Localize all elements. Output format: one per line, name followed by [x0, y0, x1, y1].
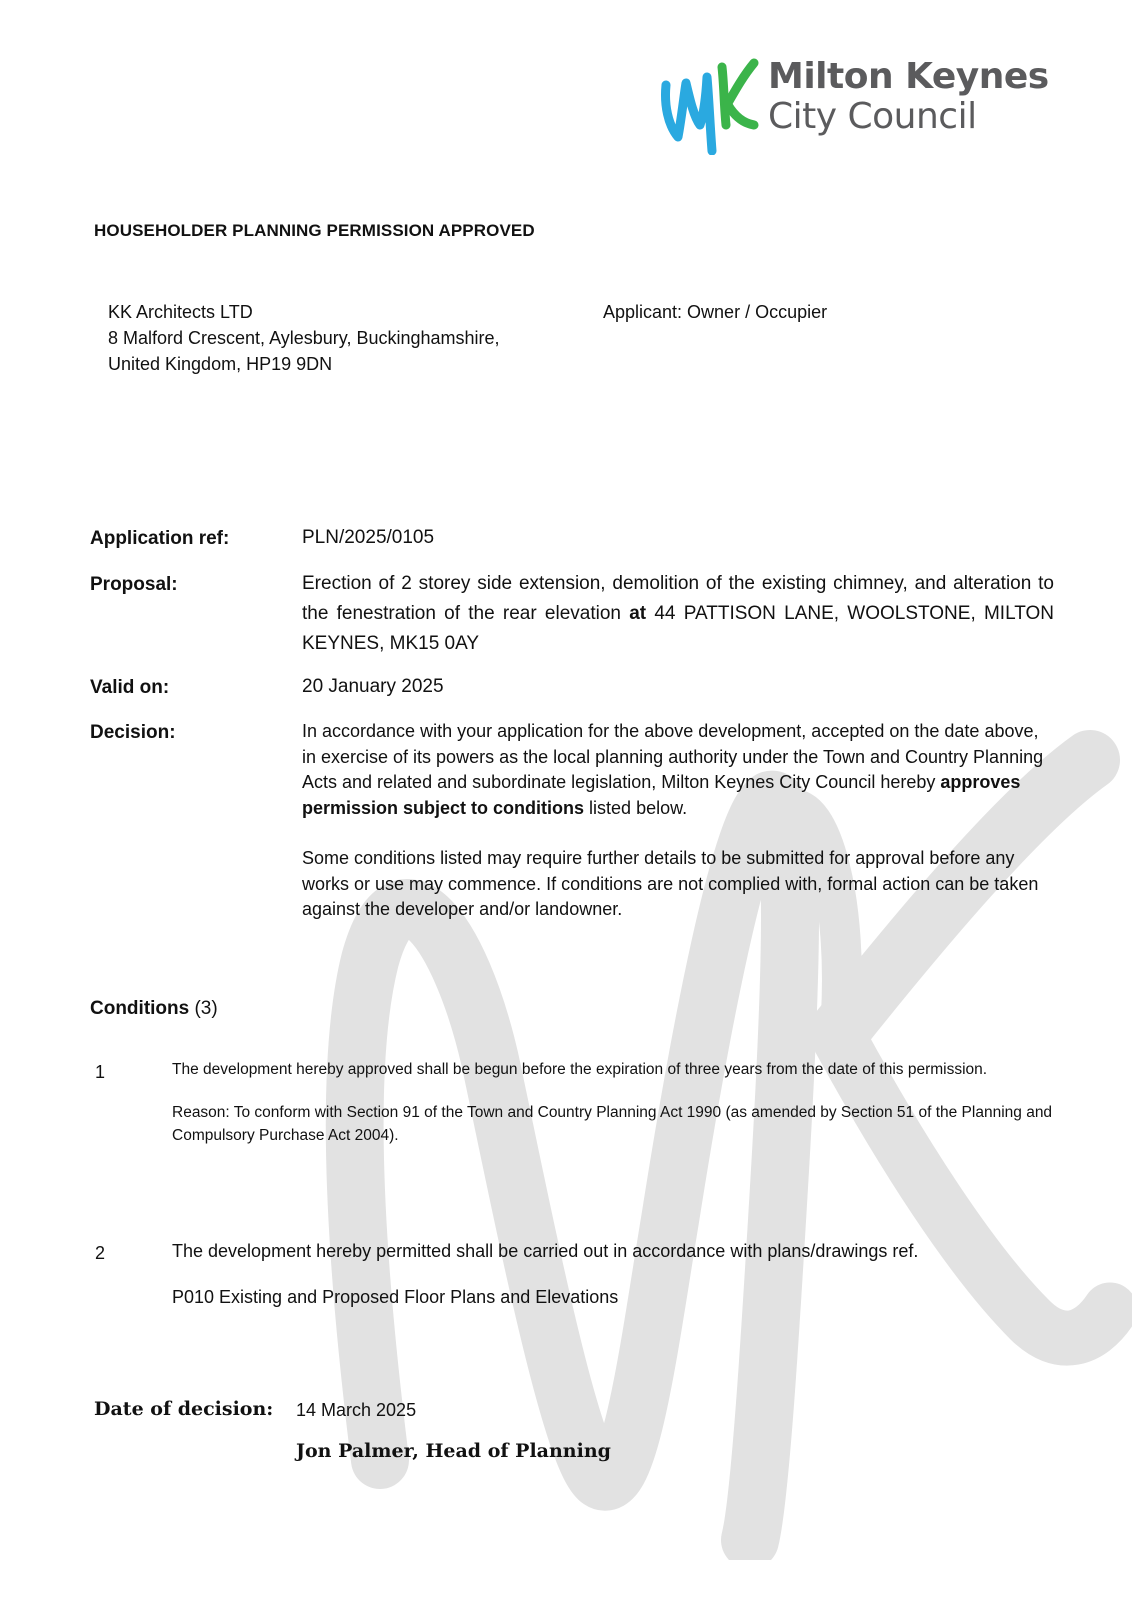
council-name-line2: City Council: [768, 99, 1049, 135]
condition-reason: Reason: To conform with Section 91 of th…: [172, 1101, 1057, 1147]
valid-on-value: 20 January 2025: [302, 672, 1054, 702]
decision-text-part: listed below.: [584, 798, 687, 818]
document-title: HOUSEHOLDER PLANNING PERMISSION APPROVED: [94, 221, 535, 241]
agent-address-line1: 8 Malford Crescent, Aylesbury, Buckingha…: [108, 325, 500, 351]
valid-on-label: Valid on:: [90, 677, 169, 699]
conditions-title: Conditions: [90, 998, 189, 1019]
conditions-heading: Conditions (3): [90, 998, 218, 1020]
conditions-count: (3): [194, 998, 217, 1019]
date-of-decision-label: Date of decision:: [94, 1398, 273, 1420]
agent-name: KK Architects LTD: [108, 299, 500, 325]
decision-text-part: In accordance with your application for …: [302, 721, 1043, 792]
proposal-at: at: [629, 603, 646, 624]
condition-text: The development hereby permitted shall b…: [172, 1238, 1057, 1264]
council-name-line1: Milton Keynes: [768, 59, 1049, 95]
council-logo: Milton Keynes City Council: [660, 55, 1050, 155]
planning-decision-document: Milton Keynes City Council HOUSEHOLDER P…: [0, 0, 1132, 1600]
agent-address-line2: United Kingdom, HP19 9DN: [108, 351, 500, 377]
proposal-label: Proposal:: [90, 574, 178, 596]
application-ref-value: PLN/2025/0105: [302, 523, 1054, 553]
decision-label: Decision:: [90, 722, 176, 744]
condition-number: 1: [95, 1062, 105, 1083]
mk-logo-icon: [660, 55, 760, 155]
decision-paragraph-1: In accordance with your application for …: [302, 719, 1054, 821]
decision-paragraph-2: Some conditions listed may require furth…: [302, 846, 1054, 923]
condition-item: The development hereby permitted shall b…: [172, 1238, 1057, 1330]
agent-address-block: KK Architects LTD 8 Malford Crescent, Ay…: [108, 299, 500, 377]
condition-text: The development hereby approved shall be…: [172, 1058, 1057, 1081]
signatory: Jon Palmer, Head of Planning: [296, 1440, 611, 1462]
decision-text: In accordance with your application for …: [302, 719, 1054, 948]
condition-item: The development hereby approved shall be…: [172, 1058, 1057, 1167]
application-ref-label: Application ref:: [90, 528, 229, 550]
council-name: Milton Keynes City Council: [768, 59, 1049, 135]
condition-number: 2: [95, 1243, 105, 1264]
applicant-info: Applicant: Owner / Occupier: [603, 299, 827, 325]
condition-reason: P010 Existing and Proposed Floor Plans a…: [172, 1284, 1057, 1310]
proposal-value: Erection of 2 storey side extension, dem…: [302, 569, 1054, 659]
date-of-decision-value: 14 March 2025: [296, 1400, 416, 1421]
